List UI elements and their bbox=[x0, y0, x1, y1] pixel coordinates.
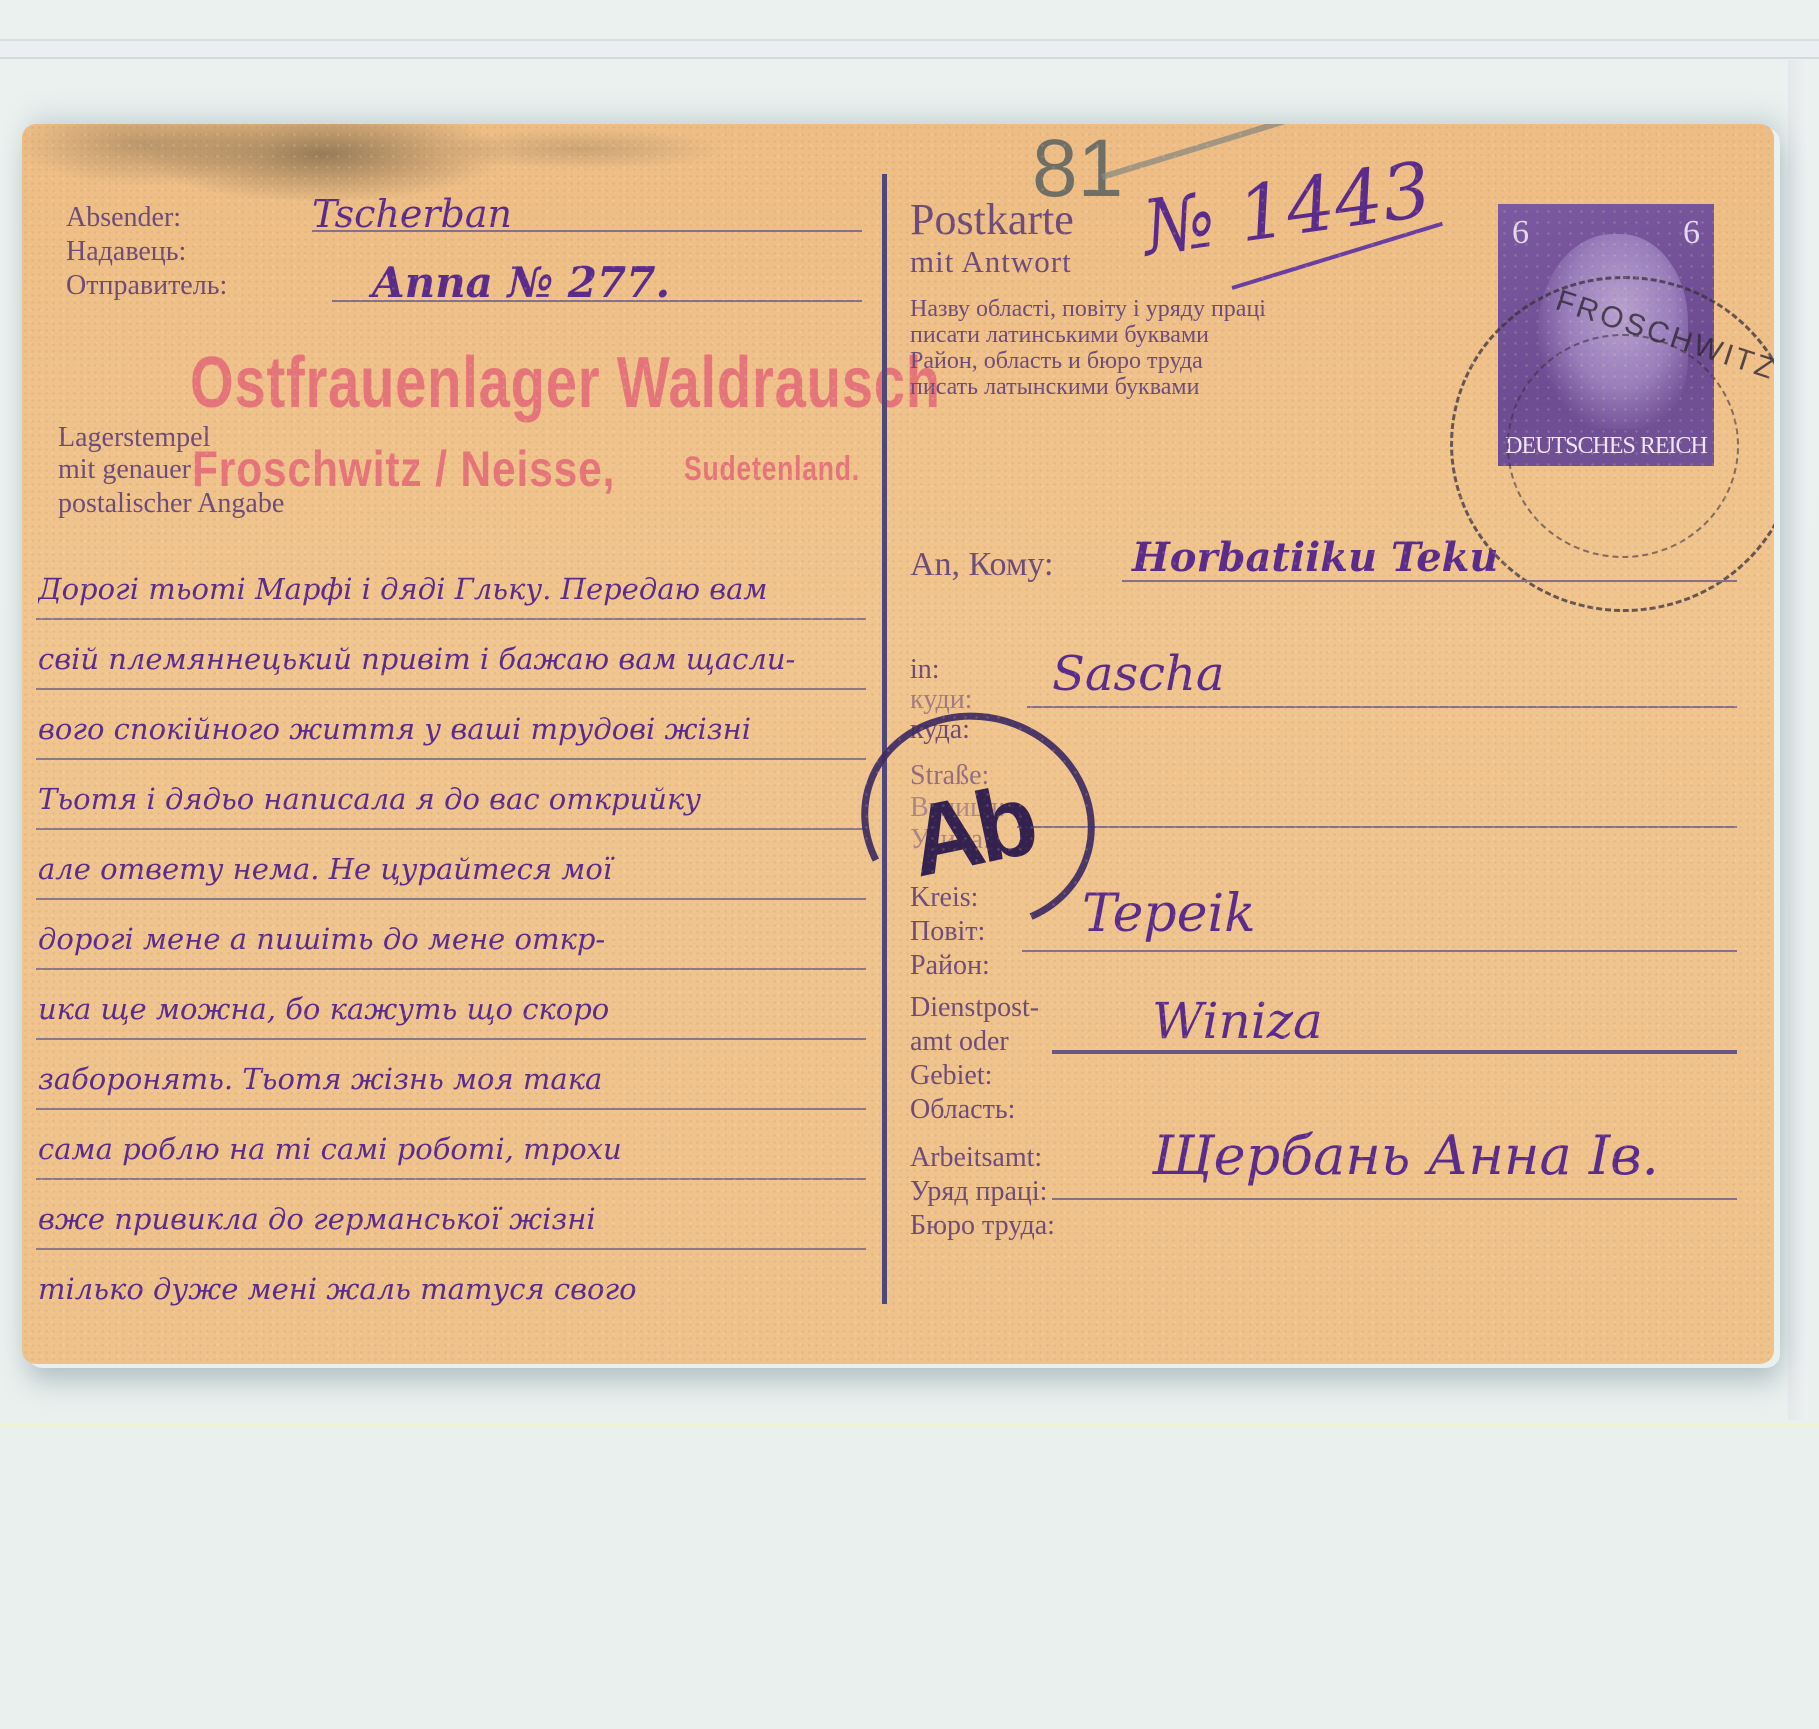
kreis-value: Tepeik bbox=[1082, 884, 1256, 944]
in-label-2: куди: bbox=[910, 684, 972, 716]
message-rule bbox=[36, 898, 866, 900]
gebiet-label-2: amt oder bbox=[910, 1026, 1009, 1058]
instruction-1: Назву області, повіту і уряду праці bbox=[910, 296, 1266, 323]
message-rule bbox=[36, 618, 866, 620]
right-edge-strip bbox=[1788, 60, 1808, 1420]
gebiet-line bbox=[1052, 1050, 1737, 1054]
message-rule bbox=[36, 1038, 866, 1040]
gebiet-label-4: Область: bbox=[910, 1094, 1015, 1126]
top-band bbox=[0, 41, 1819, 57]
gebiet-value: Winiza bbox=[1152, 992, 1323, 1050]
camp-stamp-line-1: Ostfrauenlager Waldrausch bbox=[190, 342, 941, 424]
message-line: свій племяннецький привіт і бажаю вам ща… bbox=[38, 642, 878, 676]
card-title: Postkarte bbox=[910, 194, 1074, 245]
message-rule bbox=[36, 1178, 866, 1180]
card-subtitle: mit Antwort bbox=[910, 244, 1072, 280]
message-line: заборонять. Тьотя жізнь моя така bbox=[38, 1062, 878, 1096]
in-line bbox=[1027, 706, 1737, 708]
stamp-value-left: 6 bbox=[1512, 214, 1529, 252]
to-label: An, Кому: bbox=[910, 546, 1053, 584]
message-rule bbox=[36, 828, 866, 830]
instruction-3: Район, область и бюро труда bbox=[910, 348, 1203, 375]
postcard: Absender: Надавець: Отправитель: Tscherb… bbox=[22, 124, 1774, 1364]
message-line: дорогі мене а пишіть до мене откр- bbox=[38, 922, 878, 956]
message-line: тілько дуже мені жаль татуся свого bbox=[38, 1272, 878, 1306]
street-line bbox=[1017, 826, 1737, 828]
gebiet-label-1: Dienstpost- bbox=[910, 992, 1039, 1024]
bottom-rule bbox=[0, 1424, 1819, 1427]
camp-stamp-label-1: Lagerstempel bbox=[58, 422, 210, 454]
instruction-4: писать латынскими буквами bbox=[910, 374, 1199, 401]
arbeitsamt-label-2: Уряд праці: bbox=[910, 1176, 1047, 1208]
camp-stamp-label-3: postalischer Angabe bbox=[58, 488, 284, 520]
message-line: Дорогі тьоті Марфі і дяді Гльку. Передаю… bbox=[38, 572, 878, 606]
sender-label-de: Absender: bbox=[66, 202, 181, 234]
camp-stamp-line-3: Sudetenland. bbox=[684, 450, 860, 489]
arbeitsamt-label-3: Бюро труда: bbox=[910, 1210, 1055, 1242]
to-value: Horbatiiku Teku bbox=[1132, 534, 1498, 581]
message-line: але ответу нема. Не цурайтеся мої bbox=[38, 852, 878, 886]
message-rule bbox=[36, 1108, 866, 1110]
camp-stamp-label-2: mit genauer bbox=[58, 454, 191, 486]
instruction-2: писати латинськими буквами bbox=[910, 322, 1209, 349]
sender-id: Anna № 277. bbox=[372, 258, 670, 307]
register-number: № 1443 bbox=[1137, 144, 1436, 272]
message-line: сама роблю на ті самі роботі, трохи bbox=[38, 1132, 878, 1166]
postmark-ring-inner bbox=[1507, 334, 1739, 558]
in-value: Sascha bbox=[1052, 646, 1225, 702]
sender-label-ru: Отправитель: bbox=[66, 270, 227, 302]
message-rule bbox=[36, 1248, 866, 1250]
arbeitsamt-value: Щербань Анна Ів. bbox=[1152, 1124, 1659, 1187]
center-divider bbox=[882, 174, 887, 1304]
stamp-value-right: 6 bbox=[1683, 214, 1700, 252]
message-rule bbox=[36, 688, 866, 690]
gebiet-label-3: Gebiet: bbox=[910, 1060, 992, 1092]
kreis-line bbox=[1022, 950, 1737, 952]
kreis-label-3: Район: bbox=[910, 950, 990, 982]
sender-label-uk: Надавець: bbox=[66, 236, 186, 268]
sender-name: Tscherban bbox=[312, 192, 512, 236]
message-line: ика ще можна, бо кажуть що скоро bbox=[38, 992, 878, 1026]
top-rule-2 bbox=[0, 57, 1819, 59]
in-label-1: in: bbox=[910, 654, 940, 686]
arbeitsamt-label-1: Arbeitsamt: bbox=[910, 1142, 1042, 1174]
message-rule bbox=[36, 968, 866, 970]
arbeitsamt-line bbox=[1052, 1198, 1737, 1200]
message-line: Тьотя і дядьо написала я до вас открийку bbox=[38, 782, 878, 816]
message-rule bbox=[36, 758, 866, 760]
message-line: вже привикла до германської жізні bbox=[38, 1202, 878, 1236]
message-line: вого спокійного життя у ваші трудові жіз… bbox=[38, 712, 878, 746]
